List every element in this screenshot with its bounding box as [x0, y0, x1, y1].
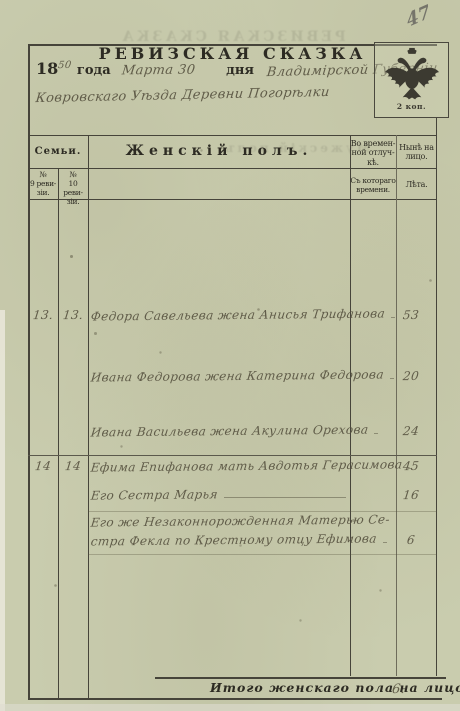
scan-edge-left: [0, 310, 5, 711]
revision-list-document: 47 РЕВИЗСКАЯ СКАЗКА Мужескій полъ. РЕВИЗ…: [0, 0, 460, 711]
table-top-rule: [28, 135, 437, 136]
row-rev9-number: 14: [34, 459, 52, 473]
col-absence-right: [396, 135, 397, 676]
row-entry-text: Его Сестра Марья: [90, 487, 219, 502]
row-age: 16: [402, 488, 420, 502]
header-temp-absence: Во времен- ной отлуч- кѣ.: [350, 139, 396, 167]
revenue-stamp: 2 коп.: [374, 42, 449, 118]
row-entry-text: Ефима Епифанова мать Авдотья Герасимова: [90, 457, 403, 474]
year-handwritten: 50: [58, 60, 73, 71]
ditto-rule: [374, 433, 378, 434]
row-age: 6: [406, 533, 416, 547]
row-faint-rule: [88, 554, 437, 555]
row-age: 45: [402, 459, 420, 473]
header-families: Семьи.: [28, 146, 88, 157]
total-label: Итого женскаго пола на лицо: [210, 680, 460, 695]
imperial-double-eagle-icon: [382, 47, 442, 101]
header-since-when: Съ котораго времени.: [350, 176, 396, 194]
row-rev10-number: 13.: [62, 308, 84, 322]
year-printed: 18: [36, 59, 58, 78]
day-word: дня: [226, 63, 254, 78]
row-rev9-number: 13.: [32, 308, 54, 322]
table-row: 13. 13. Федора Савельева жена Анисья Три…: [28, 308, 437, 325]
row-age: 20: [402, 369, 420, 383]
table-row: 14 14 Ефима Епифанова мать Авдотья Герас…: [28, 459, 437, 476]
col-families-right: [88, 135, 89, 698]
table-row: стра Фекла по Крестному отцу Ефимова 6: [28, 533, 437, 550]
page-number-text: 47: [405, 1, 433, 32]
date-handwritten: Марта 30: [121, 63, 196, 79]
table-row: Его же Незаконнорожденная Матерью Се-: [28, 514, 437, 531]
header-present-now: Нынѣ на лицо.: [397, 143, 436, 162]
location-line: Ковровскаго Уѣзда Деревни Погорѣлки: [36, 84, 329, 103]
scan-edge-bottom: [0, 704, 460, 711]
row-entry-text: Федора Савельева жена Анисья Трифанова: [90, 306, 386, 323]
header-rev9: № 9 реви- зіи.: [28, 170, 58, 197]
subheader-bottom-rule: [28, 199, 437, 200]
frame-right-rule: [436, 118, 437, 676]
frame-bottom-rule: [28, 698, 442, 700]
ditto-rule: [224, 497, 346, 498]
total-value-handwritten: 6.: [391, 682, 406, 697]
table-row: Его Сестра Марья 16: [28, 488, 437, 505]
row-age: 24: [402, 424, 420, 438]
row-age: 53: [402, 308, 420, 322]
header-years: Лѣта.: [397, 180, 436, 190]
location-handwritten: Ковровскаго Уѣзда Деревни Погорѣлки: [35, 85, 330, 106]
family-separator-rule: [28, 455, 437, 456]
header-rev10: № 10 реви- зіи.: [58, 170, 88, 206]
table-row: Ивана Федорова жена Катерина Федорова 20: [28, 369, 437, 386]
row-rev10-number: 14: [64, 459, 82, 473]
table-row: Ивана Васильева жена Акулина Орехова 24: [28, 424, 437, 441]
year-word: года: [77, 63, 111, 78]
row-entry-text: Ивана Федорова жена Катерина Федорова: [90, 367, 385, 384]
row-entry-text-line2: стра Фекла по Крестному отцу Ефимова: [90, 532, 378, 549]
ditto-rule: [383, 542, 387, 543]
page-number-handwritten: 47: [406, 6, 431, 27]
row-entry-text-line1: Его же Незаконнорожденная Матерью Се-: [90, 512, 391, 529]
col-entry-right: [350, 135, 351, 676]
row-entry-text: Ивана Васильева жена Акулина Орехова: [90, 423, 369, 440]
stamp-denomination: 2 коп.: [375, 102, 448, 111]
total-value: 6.: [392, 678, 405, 697]
paper-speckles: [0, 0, 1, 1]
header-split-rule: [28, 168, 437, 169]
header-female-sex: Женскій полъ.: [90, 143, 348, 159]
